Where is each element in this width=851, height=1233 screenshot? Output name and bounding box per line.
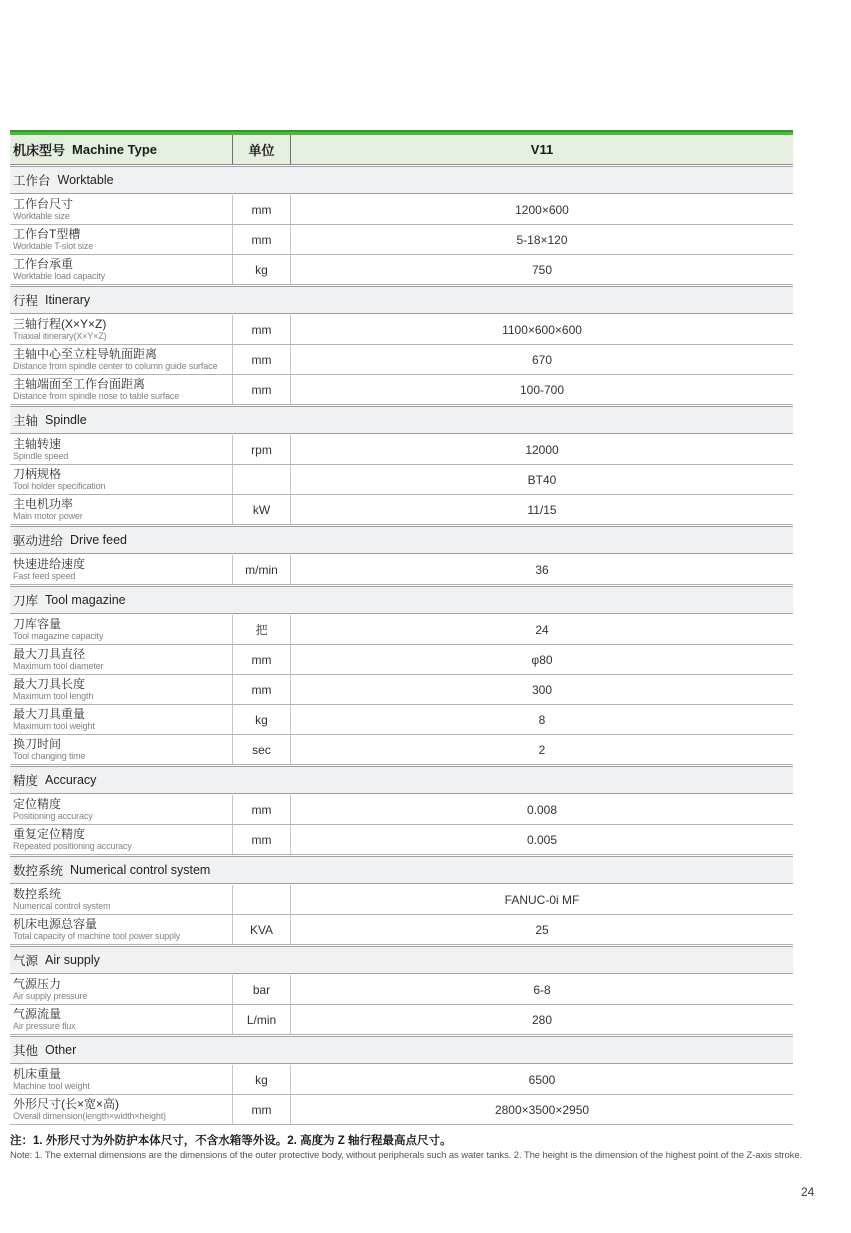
- param-name-en: Fast feed speed: [13, 571, 232, 582]
- param-unit: [233, 885, 291, 914]
- param-unit: 把: [233, 615, 291, 644]
- param-name-cell: 刀柄规格 Tool holder specification: [10, 465, 233, 494]
- param-name-en: Maximum tool diameter: [13, 661, 232, 672]
- param-name-cell: 气源流量 Air pressure flux: [10, 1005, 233, 1034]
- section-header: 数控系统 Numerical control system: [10, 856, 793, 884]
- spec-row: 主轴转速 Spindle speed rpm 12000: [10, 435, 793, 465]
- section-title-en: Worktable: [58, 173, 114, 187]
- param-unit: kg: [233, 255, 291, 284]
- param-unit: mm: [233, 795, 291, 824]
- param-name-zh: 机床重量: [13, 1068, 232, 1081]
- spec-row: 主轴端面至工作台面距离 Distance from spindle nose t…: [10, 375, 793, 405]
- spec-row: 机床重量 Machine tool weight kg 6500: [10, 1065, 793, 1095]
- section-header: 其他 Other: [10, 1036, 793, 1064]
- spec-row: 气源流量 Air pressure flux L/min 280: [10, 1005, 793, 1035]
- param-name-zh: 主轴端面至工作台面距离: [13, 378, 232, 391]
- section-title-en: Air supply: [45, 953, 100, 967]
- param-value: 24: [291, 615, 793, 644]
- param-value: 0.008: [291, 795, 793, 824]
- param-value: 0.005: [291, 825, 793, 854]
- param-unit: mm: [233, 1095, 291, 1124]
- param-name-zh: 换刀时间: [13, 738, 232, 751]
- param-unit: mm: [233, 825, 291, 854]
- param-unit: rpm: [233, 435, 291, 464]
- param-unit: mm: [233, 225, 291, 254]
- param-value: 25: [291, 915, 793, 944]
- param-value: FANUC-0i MF: [291, 885, 793, 914]
- spec-row: 主轴中心至立柱导轨面距离 Distance from spindle cente…: [10, 345, 793, 375]
- param-name-en: Main motor power: [13, 511, 232, 522]
- param-name-en: Air supply pressure: [13, 991, 232, 1002]
- param-value: 12000: [291, 435, 793, 464]
- param-unit: kg: [233, 705, 291, 734]
- section-header: 精度 Accuracy: [10, 766, 793, 794]
- spec-row: 三轴行程(X×Y×Z) Triaxial itinerary(X×Y×Z) mm…: [10, 315, 793, 345]
- param-unit: mm: [233, 645, 291, 674]
- section-title-en: Tool magazine: [45, 593, 126, 607]
- param-value: 11/15: [291, 495, 793, 524]
- spec-row: 工作台承重 Worktable load capacity kg 750: [10, 255, 793, 285]
- param-name-en: Total capacity of machine tool power sup…: [13, 931, 232, 942]
- param-value: 750: [291, 255, 793, 284]
- machine-spec-table: 机床型号 Machine Type 单位 V11 工作台 Worktable 工…: [10, 130, 793, 1125]
- param-value: 5-18×120: [291, 225, 793, 254]
- section-title-zh: 工作台: [13, 171, 51, 189]
- param-name-en: Tool holder specification: [13, 481, 232, 492]
- param-name-zh: 主轴转速: [13, 438, 232, 451]
- param-name-zh: 最大刀具重量: [13, 708, 232, 721]
- param-name-cell: 机床重量 Machine tool weight: [10, 1065, 233, 1094]
- param-name-cell: 换刀时间 Tool changing time: [10, 735, 233, 764]
- param-name-cell: 工作台T型槽 Worktable T-slot size: [10, 225, 233, 254]
- param-unit: mm: [233, 195, 291, 224]
- section-title-zh: 主轴: [13, 411, 38, 429]
- spec-row: 数控系统 Numerical control system FANUC-0i M…: [10, 885, 793, 915]
- param-name-en: Distance from spindle nose to table surf…: [13, 391, 232, 402]
- section-title-zh: 精度: [13, 771, 38, 789]
- param-name-cell: 重复定位精度 Repeated positioning accuracy: [10, 825, 233, 854]
- spec-row: 最大刀具长度 Maximum tool length mm 300: [10, 675, 793, 705]
- param-name-zh: 定位精度: [13, 798, 232, 811]
- param-name-en: Tool changing time: [13, 751, 232, 762]
- param-unit: kg: [233, 1065, 291, 1094]
- spec-row: 重复定位精度 Repeated positioning accuracy mm …: [10, 825, 793, 855]
- param-name-cell: 工作台承重 Worktable load capacity: [10, 255, 233, 284]
- param-name-en: Worktable T-slot size: [13, 241, 232, 252]
- spec-row: 外形尺寸(长×宽×高) Overall dimension(length×wid…: [10, 1095, 793, 1125]
- catalog-page: 机床型号 Machine Type 单位 V11 工作台 Worktable 工…: [0, 0, 851, 1233]
- section-header: 行程 Itinerary: [10, 286, 793, 314]
- param-unit: [233, 465, 291, 494]
- section-title-en: Accuracy: [45, 773, 96, 787]
- param-unit: mm: [233, 375, 291, 404]
- param-value: 8: [291, 705, 793, 734]
- spec-row: 工作台尺寸 Worktable size mm 1200×600: [10, 195, 793, 225]
- section-title-en: Numerical control system: [70, 863, 210, 877]
- spec-row: 快速进给速度 Fast feed speed m/min 36: [10, 555, 793, 585]
- param-name-cell: 最大刀具直径 Maximum tool diameter: [10, 645, 233, 674]
- param-name-en: Spindle speed: [13, 451, 232, 462]
- param-name-cell: 刀库容量 Tool magazine capacity: [10, 615, 233, 644]
- param-value: 6-8: [291, 975, 793, 1004]
- header-machine-type-zh: 机床型号: [13, 140, 65, 159]
- param-name-cell: 最大刀具长度 Maximum tool length: [10, 675, 233, 704]
- param-unit: kW: [233, 495, 291, 524]
- section-header: 驱动进给 Drive feed: [10, 526, 793, 554]
- spec-row: 气源压力 Air supply pressure bar 6-8: [10, 975, 793, 1005]
- param-name-zh: 主电机功率: [13, 498, 232, 511]
- param-unit: sec: [233, 735, 291, 764]
- param-name-en: Maximum tool length: [13, 691, 232, 702]
- page-number: 24: [801, 1185, 814, 1199]
- table-header-row: 机床型号 Machine Type 单位 V11: [10, 135, 793, 165]
- param-name-zh: 三轴行程(X×Y×Z): [13, 318, 232, 331]
- param-value: 1200×600: [291, 195, 793, 224]
- param-value: 6500: [291, 1065, 793, 1094]
- param-unit: mm: [233, 345, 291, 374]
- spec-row: 换刀时间 Tool changing time sec 2: [10, 735, 793, 765]
- spec-row: 工作台T型槽 Worktable T-slot size mm 5-18×120: [10, 225, 793, 255]
- param-name-en: Overall dimension(length×width×height): [13, 1111, 232, 1122]
- param-value: 1100×600×600: [291, 315, 793, 344]
- section-header: 气源 Air supply: [10, 946, 793, 974]
- spec-row: 最大刀具重量 Maximum tool weight kg 8: [10, 705, 793, 735]
- param-name-zh: 工作台T型槽: [13, 228, 232, 241]
- param-name-cell: 工作台尺寸 Worktable size: [10, 195, 233, 224]
- param-value: 280: [291, 1005, 793, 1034]
- spec-row: 机床电源总容量 Total capacity of machine tool p…: [10, 915, 793, 945]
- param-name-en: Numerical control system: [13, 901, 232, 912]
- param-name-en: Distance from spindle center to column g…: [13, 361, 232, 372]
- param-value: 100-700: [291, 375, 793, 404]
- param-unit: bar: [233, 975, 291, 1004]
- param-unit: KVA: [233, 915, 291, 944]
- param-name-en: Machine tool weight: [13, 1081, 232, 1092]
- param-name-cell: 最大刀具重量 Maximum tool weight: [10, 705, 233, 734]
- footnote-en: Note: 1. The external dimensions are the…: [10, 1149, 810, 1162]
- section-title-zh: 行程: [13, 291, 38, 309]
- section-header: 工作台 Worktable: [10, 166, 793, 194]
- header-machine-type-cell: 机床型号 Machine Type: [10, 135, 233, 164]
- spec-row: 主电机功率 Main motor power kW 11/15: [10, 495, 793, 525]
- section-header: 主轴 Spindle: [10, 406, 793, 434]
- param-name-en: Tool magazine capacity: [13, 631, 232, 642]
- param-name-zh: 最大刀具长度: [13, 678, 232, 691]
- footnote-zh: 注：1. 外形尺寸为外防护本体尺寸，不含水箱等外设。2. 高度为 Z 轴行程最高…: [10, 1134, 810, 1149]
- param-value: BT40: [291, 465, 793, 494]
- param-name-zh: 气源压力: [13, 978, 232, 991]
- section-title-en: Other: [45, 1043, 76, 1057]
- param-name-zh: 最大刀具直径: [13, 648, 232, 661]
- param-name-zh: 工作台尺寸: [13, 198, 232, 211]
- section-title-zh: 其他: [13, 1041, 38, 1059]
- param-unit: L/min: [233, 1005, 291, 1034]
- header-model-cell: V11: [291, 135, 793, 164]
- param-name-cell: 定位精度 Positioning accuracy: [10, 795, 233, 824]
- section-title-zh: 刀库: [13, 591, 38, 609]
- param-unit: mm: [233, 315, 291, 344]
- section-header: 刀库 Tool magazine: [10, 586, 793, 614]
- section-title-zh: 数控系统: [13, 861, 63, 879]
- param-name-cell: 机床电源总容量 Total capacity of machine tool p…: [10, 915, 233, 944]
- section-title-zh: 气源: [13, 951, 38, 969]
- header-machine-type-en: Machine Type: [72, 142, 157, 157]
- param-name-en: Maximum tool weight: [13, 721, 232, 732]
- param-name-zh: 主轴中心至立柱导轨面距离: [13, 348, 232, 361]
- section-title-en: Spindle: [45, 413, 87, 427]
- param-name-zh: 机床电源总容量: [13, 918, 232, 931]
- spec-row: 刀柄规格 Tool holder specification BT40: [10, 465, 793, 495]
- spec-row: 最大刀具直径 Maximum tool diameter mm φ80: [10, 645, 793, 675]
- param-value: 2: [291, 735, 793, 764]
- param-name-cell: 快速进给速度 Fast feed speed: [10, 555, 233, 584]
- param-name-zh: 刀库容量: [13, 618, 232, 631]
- section-title-en: Drive feed: [70, 533, 127, 547]
- param-name-zh: 工作台承重: [13, 258, 232, 271]
- param-value: 2800×3500×2950: [291, 1095, 793, 1124]
- section-title-zh: 驱动进给: [13, 531, 63, 549]
- param-name-cell: 主电机功率 Main motor power: [10, 495, 233, 524]
- param-name-zh: 快速进给速度: [13, 558, 232, 571]
- footnotes: 注：1. 外形尺寸为外防护本体尺寸，不含水箱等外设。2. 高度为 Z 轴行程最高…: [10, 1134, 810, 1162]
- param-name-cell: 气源压力 Air supply pressure: [10, 975, 233, 1004]
- param-name-en: Triaxial itinerary(X×Y×Z): [13, 331, 232, 342]
- param-value: 36: [291, 555, 793, 584]
- param-name-cell: 外形尺寸(长×宽×高) Overall dimension(length×wid…: [10, 1095, 233, 1124]
- param-unit: mm: [233, 675, 291, 704]
- param-name-zh: 重复定位精度: [13, 828, 232, 841]
- param-name-en: Worktable size: [13, 211, 232, 222]
- header-unit-cell: 单位: [233, 135, 291, 164]
- param-name-zh: 刀柄规格: [13, 468, 232, 481]
- param-name-en: Positioning accuracy: [13, 811, 232, 822]
- param-name-cell: 三轴行程(X×Y×Z) Triaxial itinerary(X×Y×Z): [10, 315, 233, 344]
- param-unit: m/min: [233, 555, 291, 584]
- param-name-cell: 主轴中心至立柱导轨面距离 Distance from spindle cente…: [10, 345, 233, 374]
- param-name-cell: 主轴端面至工作台面距离 Distance from spindle nose t…: [10, 375, 233, 404]
- param-name-zh: 数控系统: [13, 888, 232, 901]
- param-name-en: Repeated positioning accuracy: [13, 841, 232, 852]
- param-name-zh: 外形尺寸(长×宽×高): [13, 1098, 232, 1111]
- spec-row: 定位精度 Positioning accuracy mm 0.008: [10, 795, 793, 825]
- param-name-en: Worktable load capacity: [13, 271, 232, 282]
- section-title-en: Itinerary: [45, 293, 90, 307]
- param-name-en: Air pressure flux: [13, 1021, 232, 1032]
- param-value: 300: [291, 675, 793, 704]
- param-name-cell: 数控系统 Numerical control system: [10, 885, 233, 914]
- table-body: 工作台 Worktable 工作台尺寸 Worktable size mm 12…: [10, 166, 793, 1125]
- param-name-cell: 主轴转速 Spindle speed: [10, 435, 233, 464]
- param-value: 670: [291, 345, 793, 374]
- param-name-zh: 气源流量: [13, 1008, 232, 1021]
- spec-row: 刀库容量 Tool magazine capacity 把 24: [10, 615, 793, 645]
- param-value: φ80: [291, 645, 793, 674]
